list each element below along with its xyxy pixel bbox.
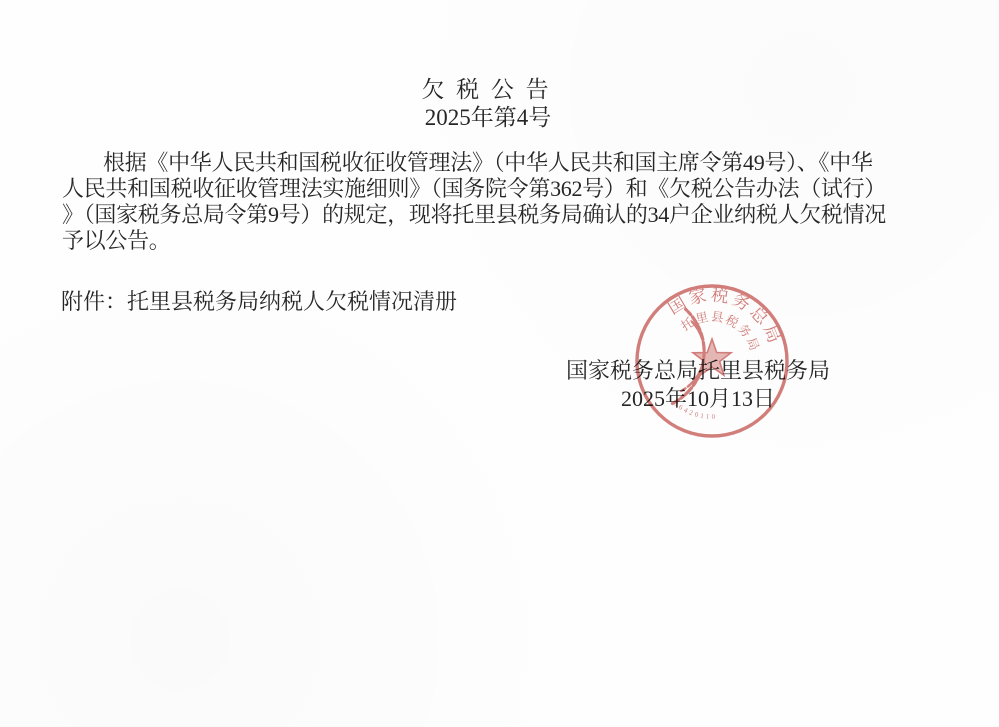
seal-outer-arc-text: 国家税务总局 xyxy=(660,281,792,353)
body-line-2: 人民共和国税收征收管理法实施细则》（国务院令第362号）和《欠税公告办法（试行） xyxy=(62,176,942,202)
svg-text:国家税务总局: 国家税务总局 xyxy=(660,281,792,353)
signature-agency: 国家税务总局托里县税务局 xyxy=(562,357,834,385)
body-paragraph: 根据《中华人民共和国税收征收管理法》（中华人民共和国主席令第49号）、《中华 人… xyxy=(62,150,942,254)
body-line-4: 予以公告。 xyxy=(62,228,942,254)
attachment-line: 附件：托里县税务局纳税人欠税情况清册 xyxy=(61,285,457,316)
body-line-1: 根据《中华人民共和国税收征收管理法》（中华人民共和国主席令第49号）、《中华 xyxy=(62,150,942,176)
seal-inner-arc-text: 托里县税务局 xyxy=(675,298,769,357)
signature-date: 2025年10月13日 xyxy=(562,385,834,413)
body-line-3: 》（国家税务总局令第9号）的规定，现将托里县税务局确认的34户企业纳税人欠税情况 xyxy=(62,202,942,228)
document-number: 2025年第4号 xyxy=(0,99,976,132)
signature-block: 国家税务总局托里县税务局 2025年10月13日 xyxy=(562,357,834,413)
scanned-document-page: 欠 税 公 告 2025年第4号 根据《中华人民共和国税收征收管理法》（中华人民… xyxy=(0,0,999,727)
svg-text:托里县税务局: 托里县税务局 xyxy=(675,298,769,357)
